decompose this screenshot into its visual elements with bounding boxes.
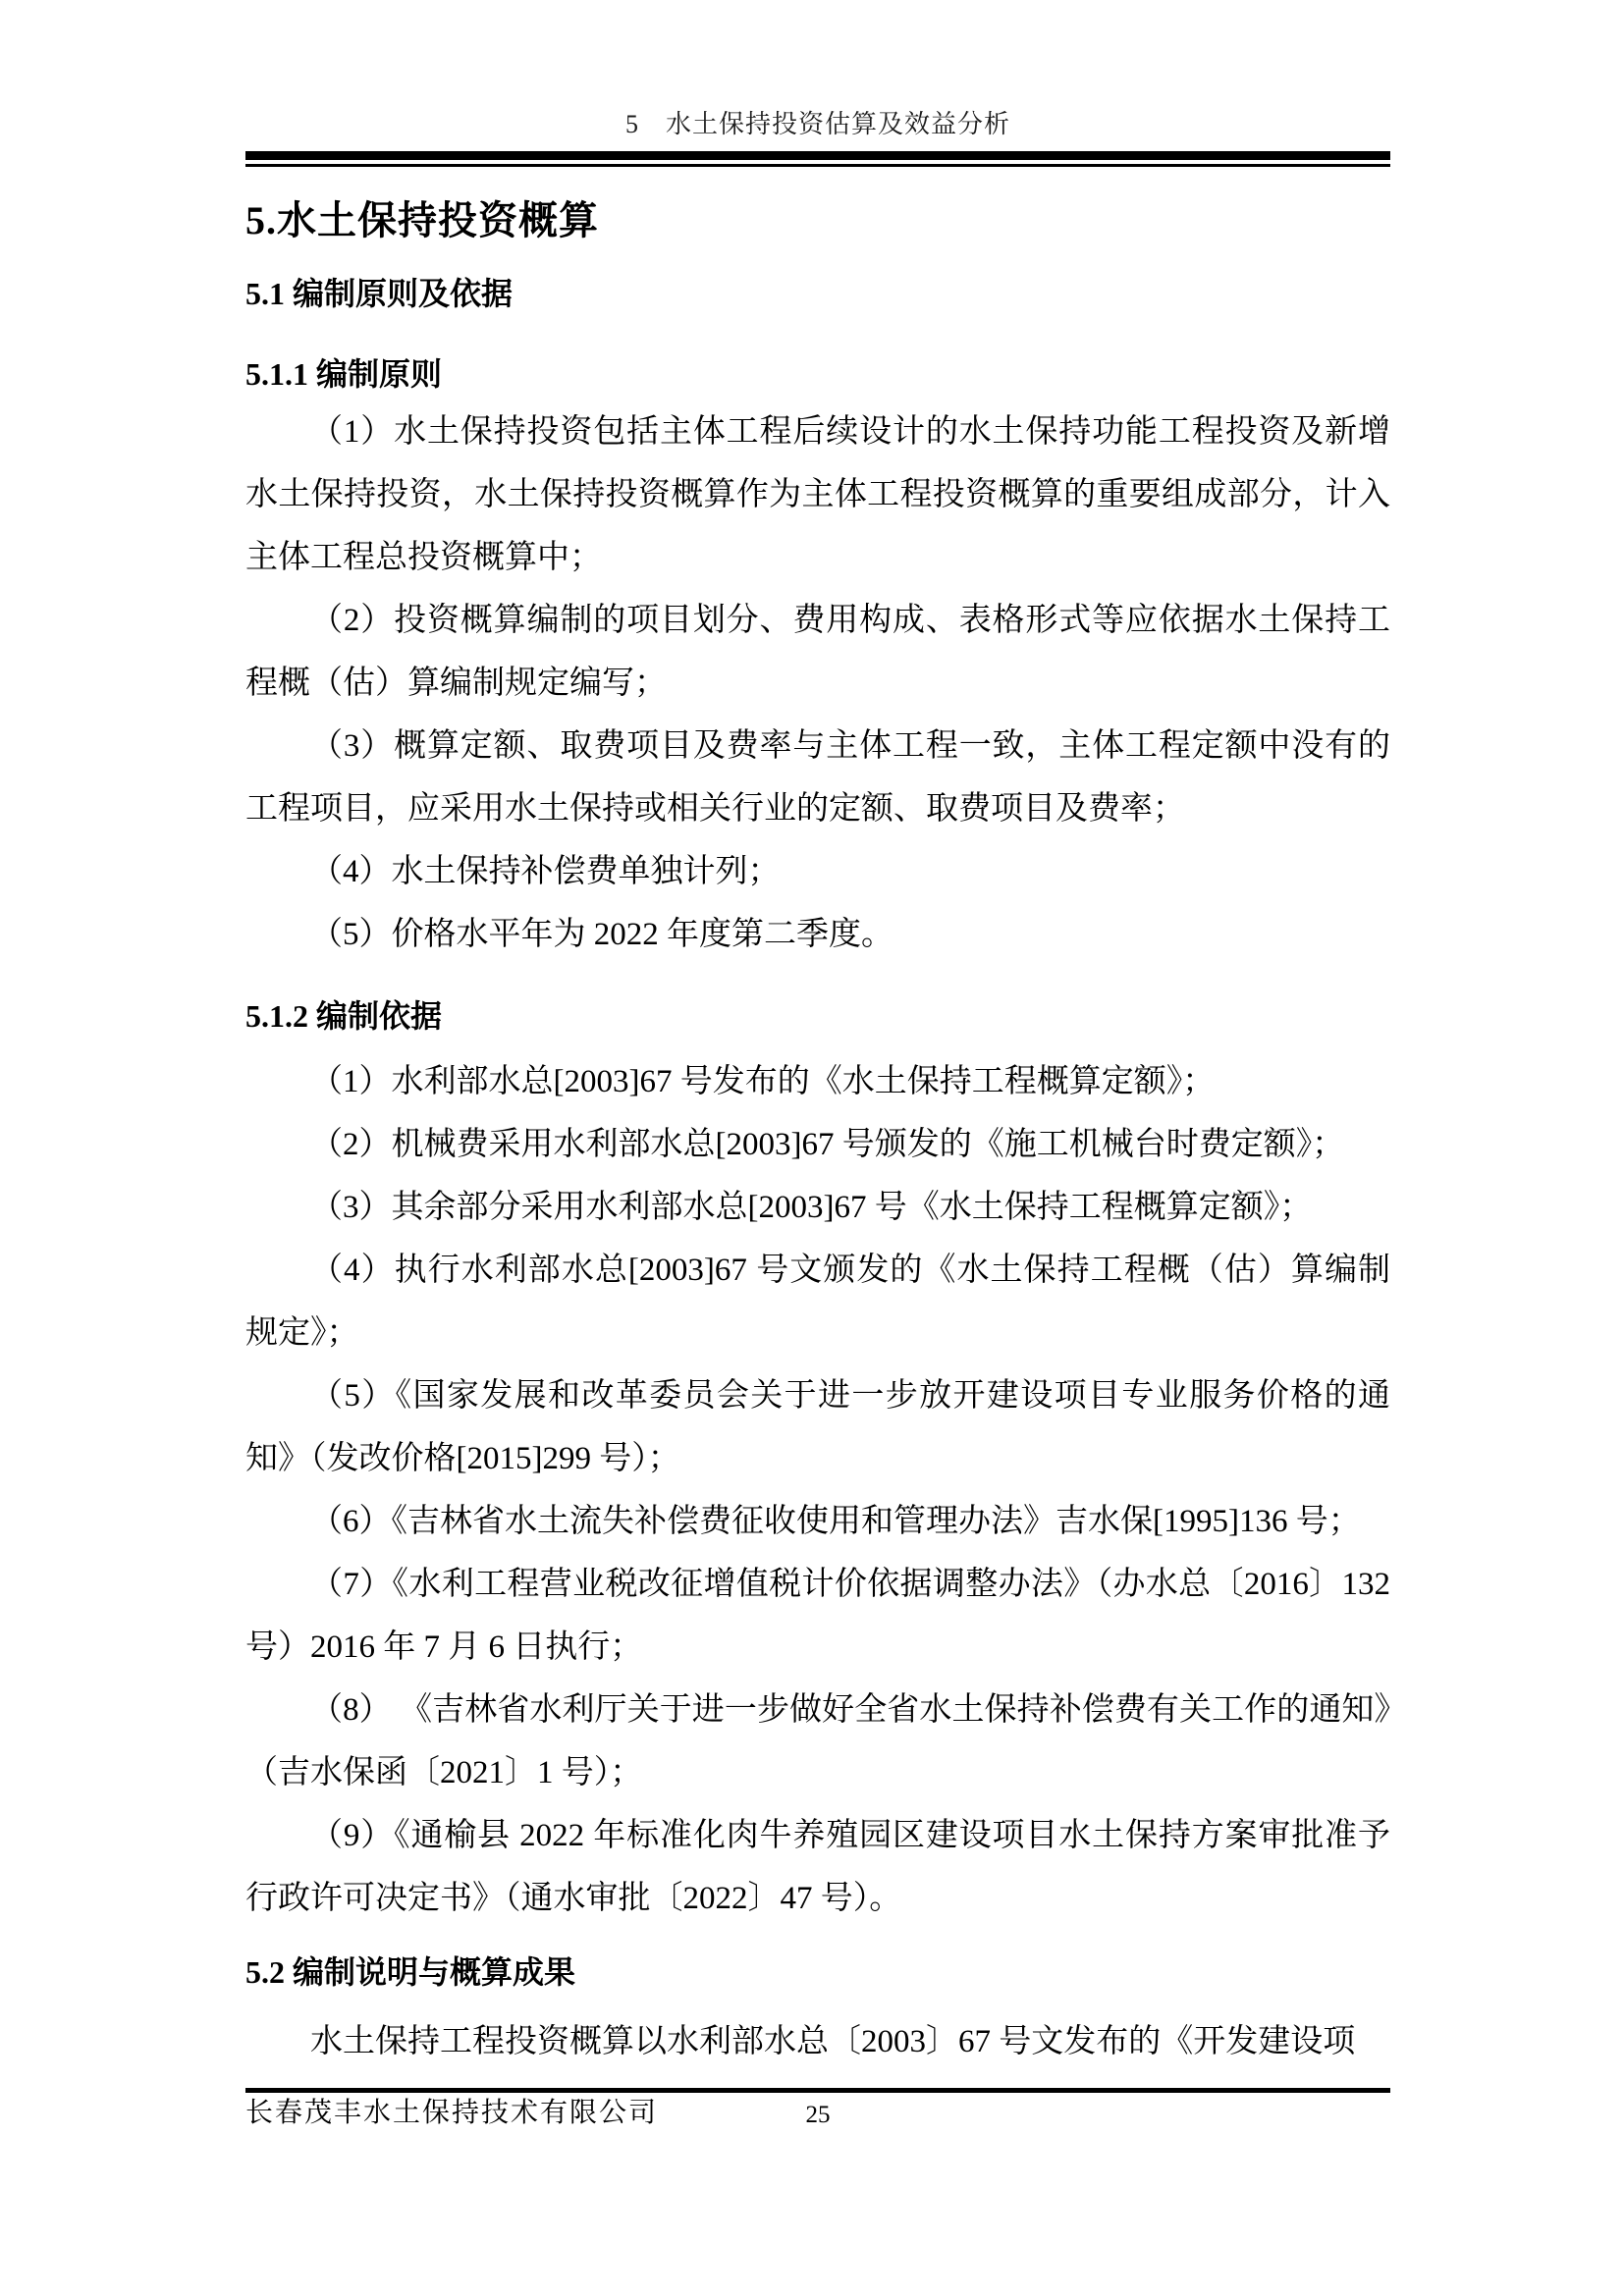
- paragraph: （1）水土保持投资包括主体工程后续设计的水土保持功能工程投资及新增水土保持投资，…: [245, 400, 1390, 589]
- paragraph: （2）投资概算编制的项目划分、费用构成、表格形式等应依据水土保持工程概（估）算编…: [245, 589, 1390, 715]
- footer-page-number: 25: [245, 2101, 1390, 2130]
- paragraph: （7）《水利工程营业税改征增值税计价依据调整办法》（办水总〔2016〕132 号…: [245, 1553, 1390, 1679]
- paragraph: （9）《通榆县 2022 年标准化肉牛养殖园区建设项目水土保持方案审批准予行政许…: [245, 1804, 1390, 1930]
- page-header: 5 水土保持投资估算及效益分析: [245, 0, 1390, 167]
- section-5-2-paragraph: 水土保持工程投资概算以水利部水总〔2003〕67 号文发布的《开发建设项: [245, 2010, 1390, 2073]
- paragraph: （4）水土保持补偿费单独计列；: [245, 840, 1390, 903]
- paragraph: （3）概算定额、取费项目及费率与主体工程一致，主体工程定额中没有的工程项目，应采…: [245, 715, 1390, 840]
- paragraph: （8） 《吉林省水利厅关于进一步做好全省水土保持补偿费有关工作的通知》（吉水保函…: [245, 1679, 1390, 1804]
- paragraph: （6）《吉林省水土流失补偿费征收使用和管理办法》吉水保[1995]136 号；: [245, 1490, 1390, 1553]
- header-rule-thin: [245, 164, 1390, 167]
- footer-rule: [245, 2088, 1390, 2093]
- document-body: 5.水土保持投资概算 5.1 编制原则及依据 5.1.1 编制原则 （1）水土保…: [245, 196, 1390, 2073]
- chapter-title: 5.水土保持投资概算: [245, 196, 1390, 245]
- page-footer: 长春茂丰水土保持技术有限公司 25: [245, 2088, 1390, 2136]
- section-5-1-2-paragraphs: （1）水利部水总[2003]67 号发布的《水土保持工程概算定额》； （2）机械…: [245, 1050, 1390, 1930]
- section-5-1-1-paragraphs: （1）水土保持投资包括主体工程后续设计的水土保持功能工程投资及新增水土保持投资，…: [245, 400, 1390, 966]
- document-page: 5 水土保持投资估算及效益分析 5.水土保持投资概算 5.1 编制原则及依据 5…: [0, 0, 1624, 2296]
- paragraph: （1）水利部水总[2003]67 号发布的《水土保持工程概算定额》；: [245, 1050, 1390, 1113]
- section-5-1-heading: 5.1 编制原则及依据: [245, 275, 1390, 312]
- paragraph: （2）机械费采用水利部水总[2003]67 号颁发的《施工机械台时费定额》；: [245, 1113, 1390, 1176]
- paragraph: （3）其余部分采用水利部水总[2003]67 号《水土保持工程概算定额》；: [245, 1176, 1390, 1239]
- header-rule-thick: [245, 151, 1390, 160]
- section-5-1-2-heading: 5.1.2 编制依据: [245, 997, 1390, 1035]
- paragraph: （4）执行水利部水总[2003]67 号文颁发的《水土保持工程概（估）算编制规定…: [245, 1239, 1390, 1364]
- paragraph: （5）价格水平年为 2022 年度第二季度。: [245, 903, 1390, 966]
- section-5-1-1-heading: 5.1.1 编制原则: [245, 355, 1390, 393]
- footer-row: 长春茂丰水土保持技术有限公司 25: [245, 2097, 1390, 2136]
- running-header-title: 5 水土保持投资估算及效益分析: [245, 0, 1390, 139]
- paragraph: （5）《国家发展和改革委员会关于进一步放开建设项目专业服务价格的通知》（发改价格…: [245, 1364, 1390, 1490]
- section-5-2-heading: 5.2 编制说明与概算成果: [245, 1953, 1390, 1991]
